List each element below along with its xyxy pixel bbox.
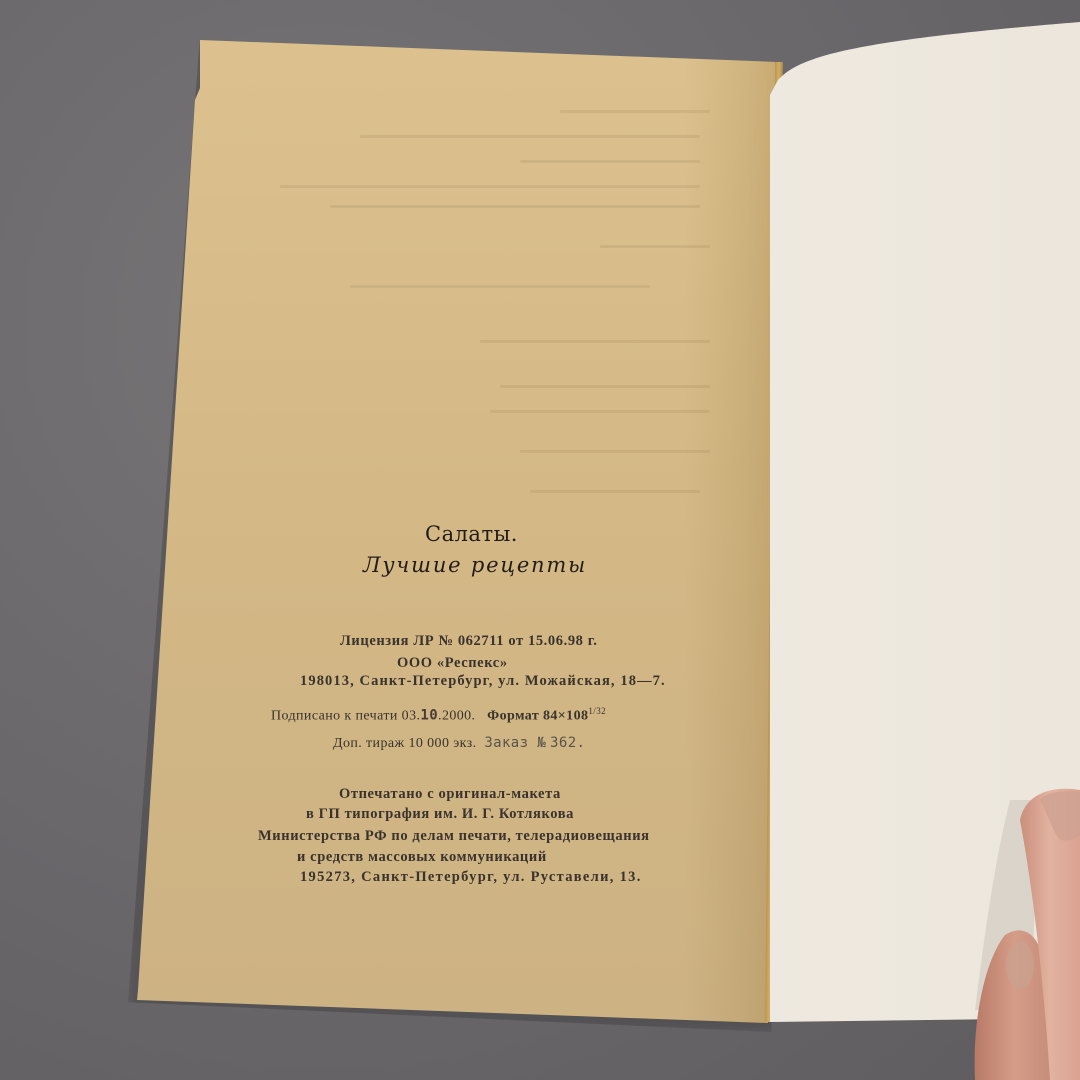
order-label: Заказ № [484,735,546,751]
format-label: Формат 84×108 [487,709,588,724]
print-run: Доп. тираж 10 000 экз. [333,736,477,751]
book-title: Салаты. [425,522,518,546]
printer-address: 195273, Санкт-Петербург, ул. Руставели, … [300,869,642,886]
publisher-address: 198013, Санкт-Петербург, ул. Можайская, … [300,673,666,690]
print-run-line: Доп. тираж 10 000 экз. Заказ № 362. [333,735,585,752]
printer-line-2: в ГП типография им. И. Г. Котлякова [306,806,574,823]
printer-line-1: Отпечатано с оригинал-макета [339,786,561,803]
order-number: 362. [550,735,585,751]
license-line: Лицензия ЛР № 062711 от 15.06.98 г. [340,633,598,650]
publisher-name: ООО «Респекс» [397,655,508,672]
signed-month-stamp: 10 [420,708,438,724]
signed-prefix: Подписано к печати 03. [271,709,420,724]
format-fraction: 1/32 [588,706,606,716]
signed-for-print-line: Подписано к печати 03.10.2000. Формат 84… [271,706,606,725]
colophon: Салаты. Лучшие рецепты Лицензия ЛР № 062… [0,0,1080,1080]
printer-line-3: Министерства РФ по делам печати, телерад… [258,828,650,845]
book-subtitle: Лучшие рецепты [363,553,587,577]
printer-line-4: и средств массовых коммуникаций [297,849,547,866]
signed-suffix: .2000. [438,709,475,724]
